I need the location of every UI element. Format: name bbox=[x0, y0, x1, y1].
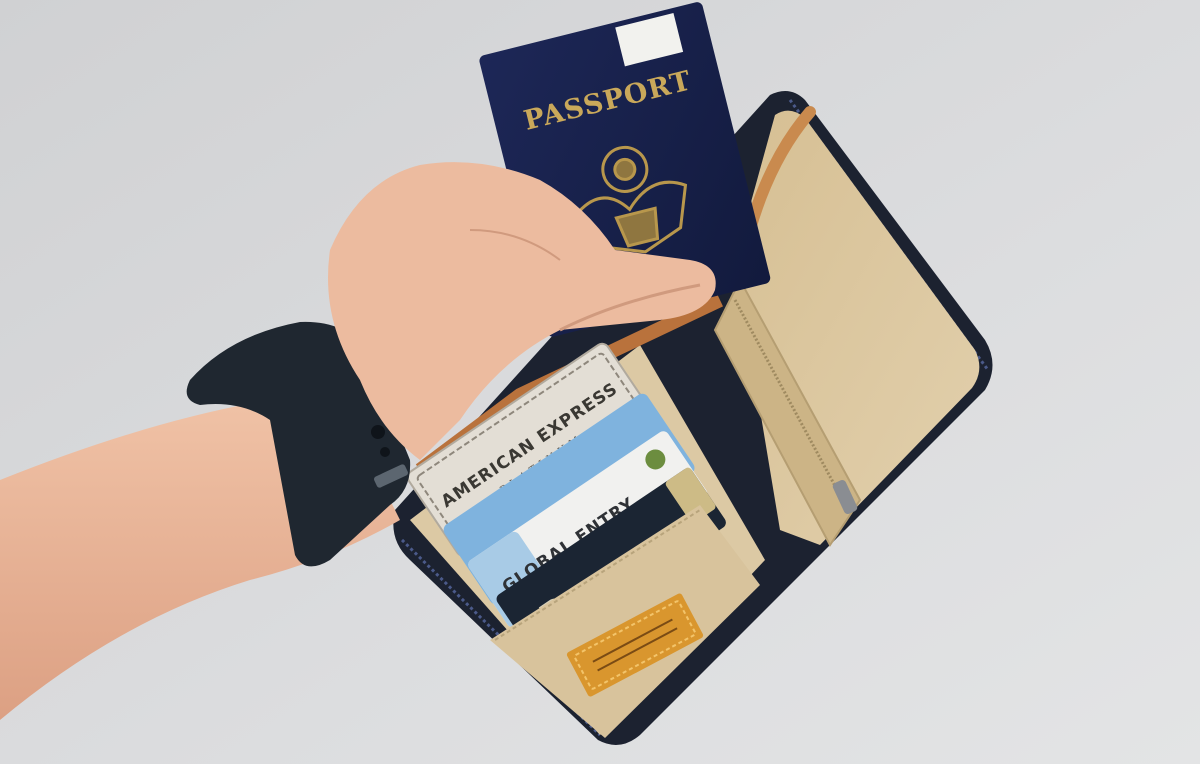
wallet-photo: PASSPORT AMERICAN EXPRESS PLATINUM GLOBA… bbox=[0, 0, 1200, 764]
